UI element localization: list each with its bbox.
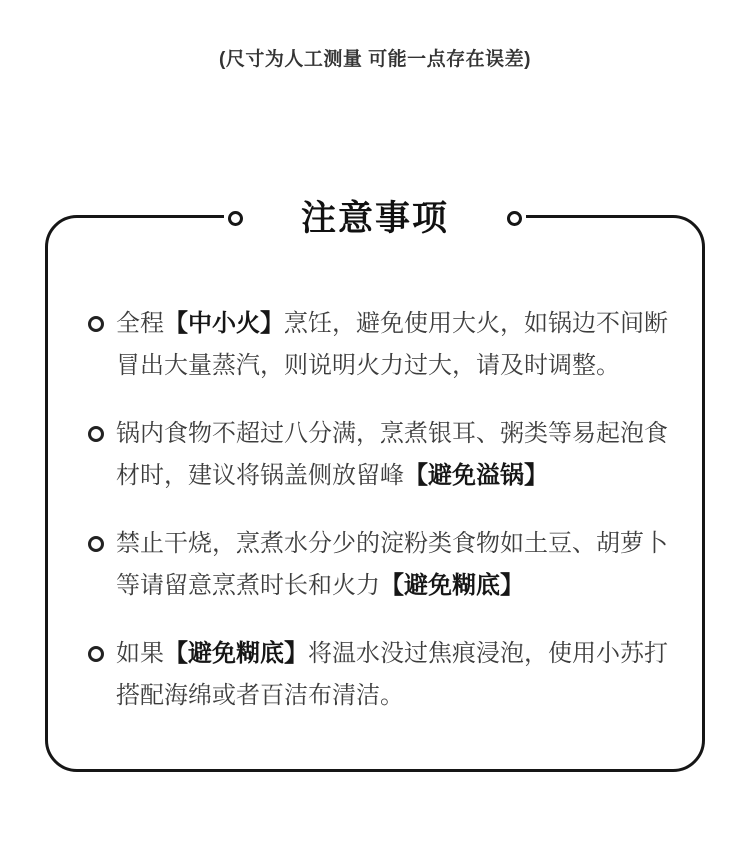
notice-box: 注意事项 全程【中小火】烹饪，避免使用大火，如锅边不间断冒出大量蒸汽，则说明火力…: [45, 215, 705, 772]
bullet-circle-icon: [88, 536, 104, 552]
note-segment-bold: 【避免糊底】: [164, 640, 308, 667]
title-left-circle-icon: [228, 211, 243, 226]
note-segment: 锅内食物不超过八分满，烹煮银耳、粥类等易起泡食材时，建议将锅盖侧放留峰: [116, 420, 668, 489]
bullet-circle-icon: [88, 316, 104, 332]
bullet-circle-icon: [88, 426, 104, 442]
title-right-circle-icon: [507, 211, 522, 226]
note-item-text: 禁止干烧，烹煮水分少的淀粉类食物如土豆、胡萝卜等请留意烹煮时长和火力【避免糊底】: [116, 523, 680, 607]
note-segment-bold: 【中小火】: [164, 310, 284, 337]
list-item: 全程【中小火】烹饪，避免使用大火，如锅边不间断冒出大量蒸汽，则说明火力过大，请及…: [88, 303, 680, 387]
notice-title: 注意事项: [301, 201, 449, 236]
note-segment-bold: 【避免溢锅】: [404, 462, 548, 489]
note-segment: 全程: [116, 310, 164, 337]
note-segment-bold: 【避免糊底】: [380, 572, 524, 599]
notice-title-row: 注意事项: [224, 192, 526, 244]
measurement-note: (尺寸为人工测量 可能一点存在误差): [0, 44, 750, 71]
note-item-text: 如果【避免糊底】将温水没过焦痕浸泡，使用小苏打搭配海绵或者百洁布清洁。: [116, 633, 680, 717]
notice-list: 全程【中小火】烹饪，避免使用大火，如锅边不间断冒出大量蒸汽，则说明火力过大，请及…: [48, 218, 702, 717]
note-item-text: 全程【中小火】烹饪，避免使用大火，如锅边不间断冒出大量蒸汽，则说明火力过大，请及…: [116, 303, 680, 387]
note-item-text: 锅内食物不超过八分满，烹煮银耳、粥类等易起泡食材时，建议将锅盖侧放留峰【避免溢锅…: [116, 413, 680, 497]
list-item: 如果【避免糊底】将温水没过焦痕浸泡，使用小苏打搭配海绵或者百洁布清洁。: [88, 633, 680, 717]
bullet-circle-icon: [88, 646, 104, 662]
list-item: 禁止干烧，烹煮水分少的淀粉类食物如土豆、胡萝卜等请留意烹煮时长和火力【避免糊底】: [88, 523, 680, 607]
list-item: 锅内食物不超过八分满，烹煮银耳、粥类等易起泡食材时，建议将锅盖侧放留峰【避免溢锅…: [88, 413, 680, 497]
note-segment: 如果: [116, 640, 164, 667]
